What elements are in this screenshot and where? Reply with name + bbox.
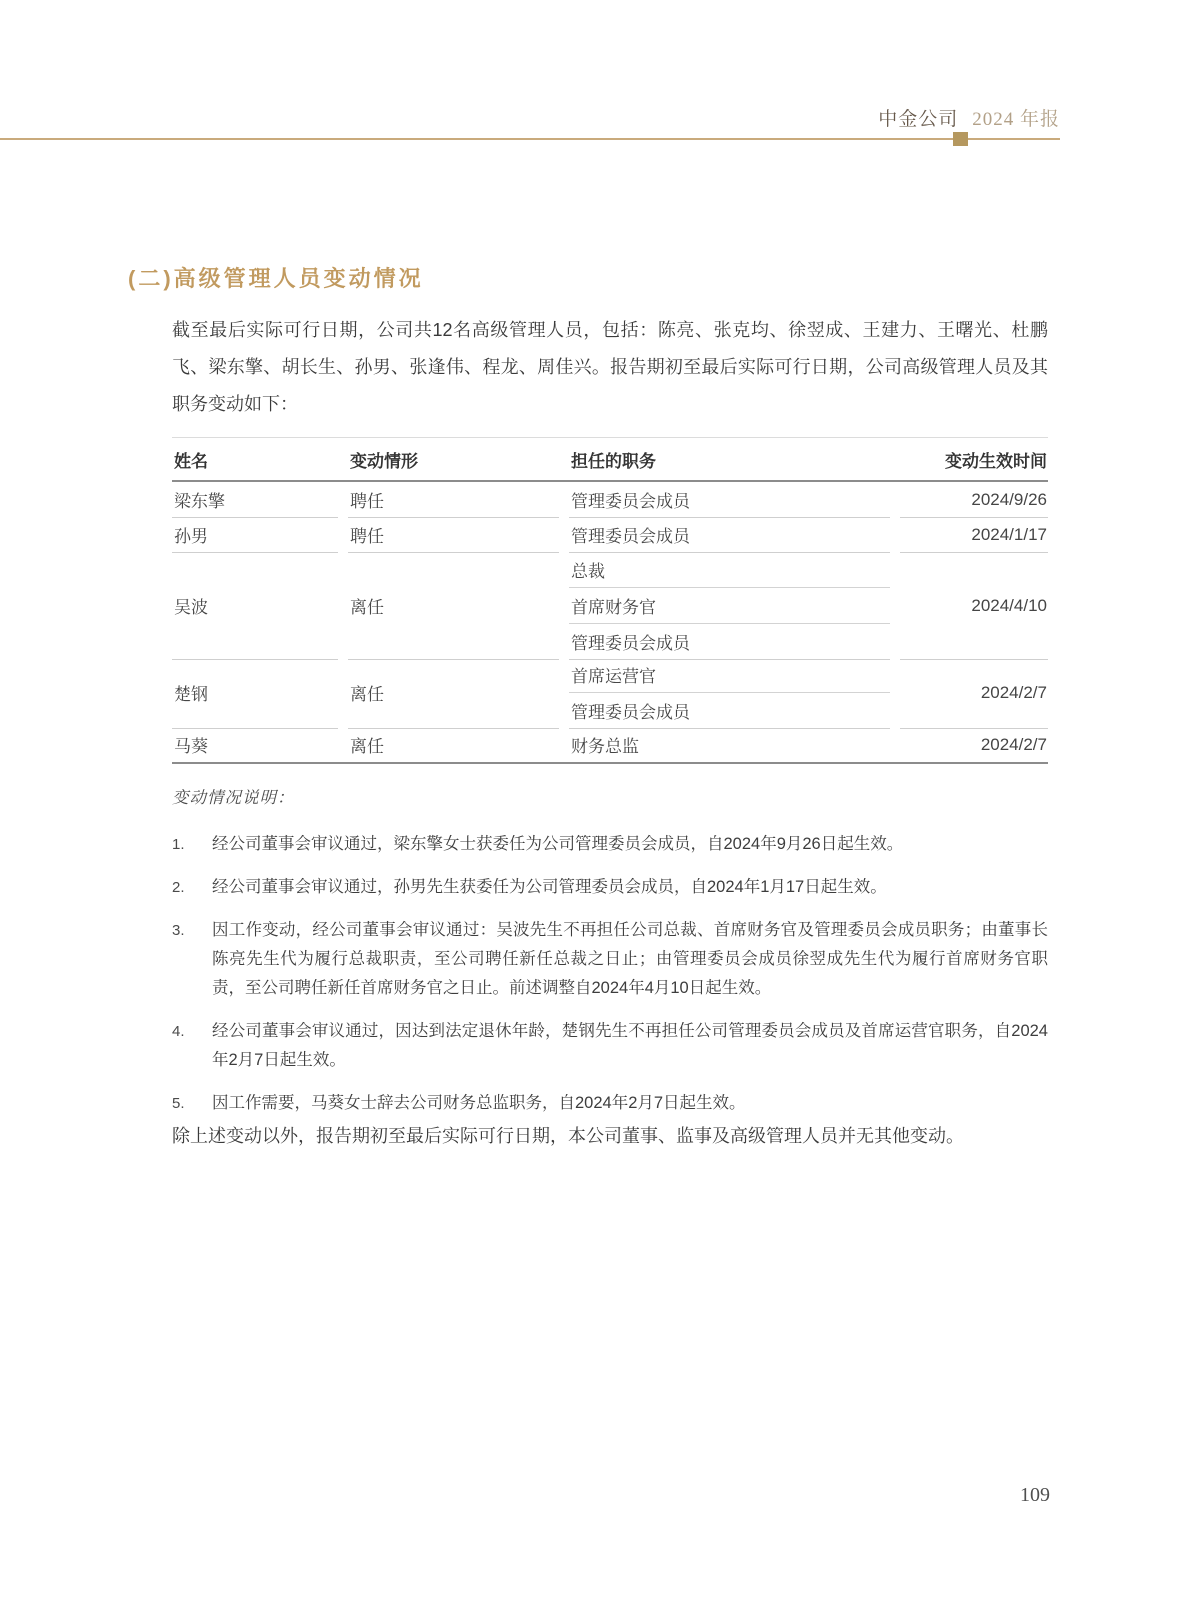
cell-effective-date: 2024/2/7 [900, 657, 1048, 729]
cell-change-type: 离任 [348, 727, 559, 762]
note-number: 4. [172, 1017, 212, 1075]
position-entry: 首席财务官 [569, 588, 890, 624]
cell-name: 马葵 [172, 727, 338, 762]
cell-positions: 总裁 首席财务官 管理委员会成员 [569, 552, 890, 660]
cell-effective-date: 2024/1/17 [900, 517, 1048, 553]
closing-paragraph: 除上述变动以外，报告期初至最后实际可行日期，本公司董事、监事及高级管理人员并无其… [172, 1118, 1048, 1154]
management-change-table: 姓名 变动情形 担任的职务 变动生效时间 梁东擎 聘任 管理委员会成员 2024… [172, 437, 1048, 764]
note-item: 3. 因工作变动，经公司董事会审议通过：吴波先生不再担任公司总裁、首席财务官及管… [172, 916, 1048, 1003]
notes-label: 变动情况说明： [172, 784, 1048, 808]
section-title: (二)高级管理人员变动情况 [128, 262, 424, 293]
position-entry: 财务总监 [569, 727, 890, 762]
company-name: 中金公司 [878, 109, 958, 130]
table-row: 吴波 离任 总裁 首席财务官 管理委员会成员 2024/4/10 [172, 552, 1048, 657]
col-header-name: 姓名 [172, 438, 338, 480]
position-entry: 首席运营官 [569, 657, 890, 693]
table-row: 梁东擎 聘任 管理委员会成员 2024/9/26 [172, 482, 1048, 517]
cell-effective-date: 2024/4/10 [900, 552, 1048, 660]
note-number: 3. [172, 916, 212, 1003]
note-text: 因工作需要，马葵女士辞去公司财务总监职务，自2024年2月7日起生效。 [212, 1089, 1048, 1118]
cell-change-type: 聘任 [348, 482, 559, 518]
cell-name: 梁东擎 [172, 482, 338, 518]
note-text: 经公司董事会审议通过，因达到法定退休年龄，楚钢先生不再担任公司管理委员会成员及首… [212, 1017, 1048, 1075]
table-header-row: 姓名 变动情形 担任的职务 变动生效时间 [172, 438, 1048, 482]
col-header-change-type: 变动情形 [348, 438, 559, 480]
note-number: 1. [172, 830, 212, 859]
note-item: 1. 经公司董事会审议通过，梁东擎女士获委任为公司管理委员会成员，自2024年9… [172, 830, 1048, 859]
intro-paragraph: 截至最后实际可行日期，公司共12名高级管理人员，包括：陈亮、张克均、徐翌成、王建… [172, 312, 1048, 423]
header-rule-square-icon [953, 132, 968, 146]
header-rule [0, 138, 1060, 140]
table-row: 马葵 离任 财务总监 2024/2/7 [172, 727, 1048, 762]
cell-positions: 管理委员会成员 [569, 482, 890, 518]
table-row: 孙男 聘任 管理委员会成员 2024/1/17 [172, 517, 1048, 552]
cell-name: 吴波 [172, 552, 338, 660]
cell-positions: 首席运营官 管理委员会成员 [569, 657, 890, 729]
cell-change-type: 聘任 [348, 517, 559, 553]
cell-positions: 管理委员会成员 [569, 517, 890, 553]
position-entry: 管理委员会成员 [569, 624, 890, 659]
cell-effective-date: 2024/2/7 [900, 727, 1048, 762]
position-entry: 总裁 [569, 552, 890, 588]
page-number: 109 [1020, 1484, 1050, 1507]
cell-change-type: 离任 [348, 657, 559, 729]
note-item: 4. 经公司董事会审议通过，因达到法定退休年龄，楚钢先生不再担任公司管理委员会成… [172, 1017, 1048, 1075]
note-number: 5. [172, 1089, 212, 1118]
col-header-effective-date: 变动生效时间 [900, 438, 1048, 480]
cell-change-type: 离任 [348, 552, 559, 660]
note-text: 经公司董事会审议通过，梁东擎女士获委任为公司管理委员会成员，自2024年9月26… [212, 830, 1048, 859]
cell-effective-date: 2024/9/26 [900, 482, 1048, 518]
note-text: 经公司董事会审议通过，孙男先生获委任为公司管理委员会成员，自2024年1月17日… [212, 873, 1048, 902]
cell-positions: 财务总监 [569, 727, 890, 762]
note-text: 因工作变动，经公司董事会审议通过：吴波先生不再担任公司总裁、首席财务官及管理委员… [212, 916, 1048, 1003]
col-header-position: 担任的职务 [569, 438, 890, 480]
note-number: 2. [172, 873, 212, 902]
notes-section: 变动情况说明： 1. 经公司董事会审议通过，梁东擎女士获委任为公司管理委员会成员… [172, 784, 1048, 1132]
page-header: 中金公司2024 年报 [878, 104, 1060, 131]
position-entry: 管理委员会成员 [569, 517, 890, 552]
report-edition: 2024 年报 [972, 109, 1060, 130]
position-entry: 管理委员会成员 [569, 482, 890, 517]
table-row: 楚钢 离任 首席运营官 管理委员会成员 2024/2/7 [172, 657, 1048, 727]
report-page: 中金公司2024 年报 (二)高级管理人员变动情况 截至最后实际可行日期，公司共… [0, 0, 1190, 1615]
note-item: 5. 因工作需要，马葵女士辞去公司财务总监职务，自2024年2月7日起生效。 [172, 1089, 1048, 1118]
position-entry: 管理委员会成员 [569, 693, 890, 728]
note-item: 2. 经公司董事会审议通过，孙男先生获委任为公司管理委员会成员，自2024年1月… [172, 873, 1048, 902]
cell-name: 孙男 [172, 517, 338, 553]
cell-name: 楚钢 [172, 657, 338, 729]
